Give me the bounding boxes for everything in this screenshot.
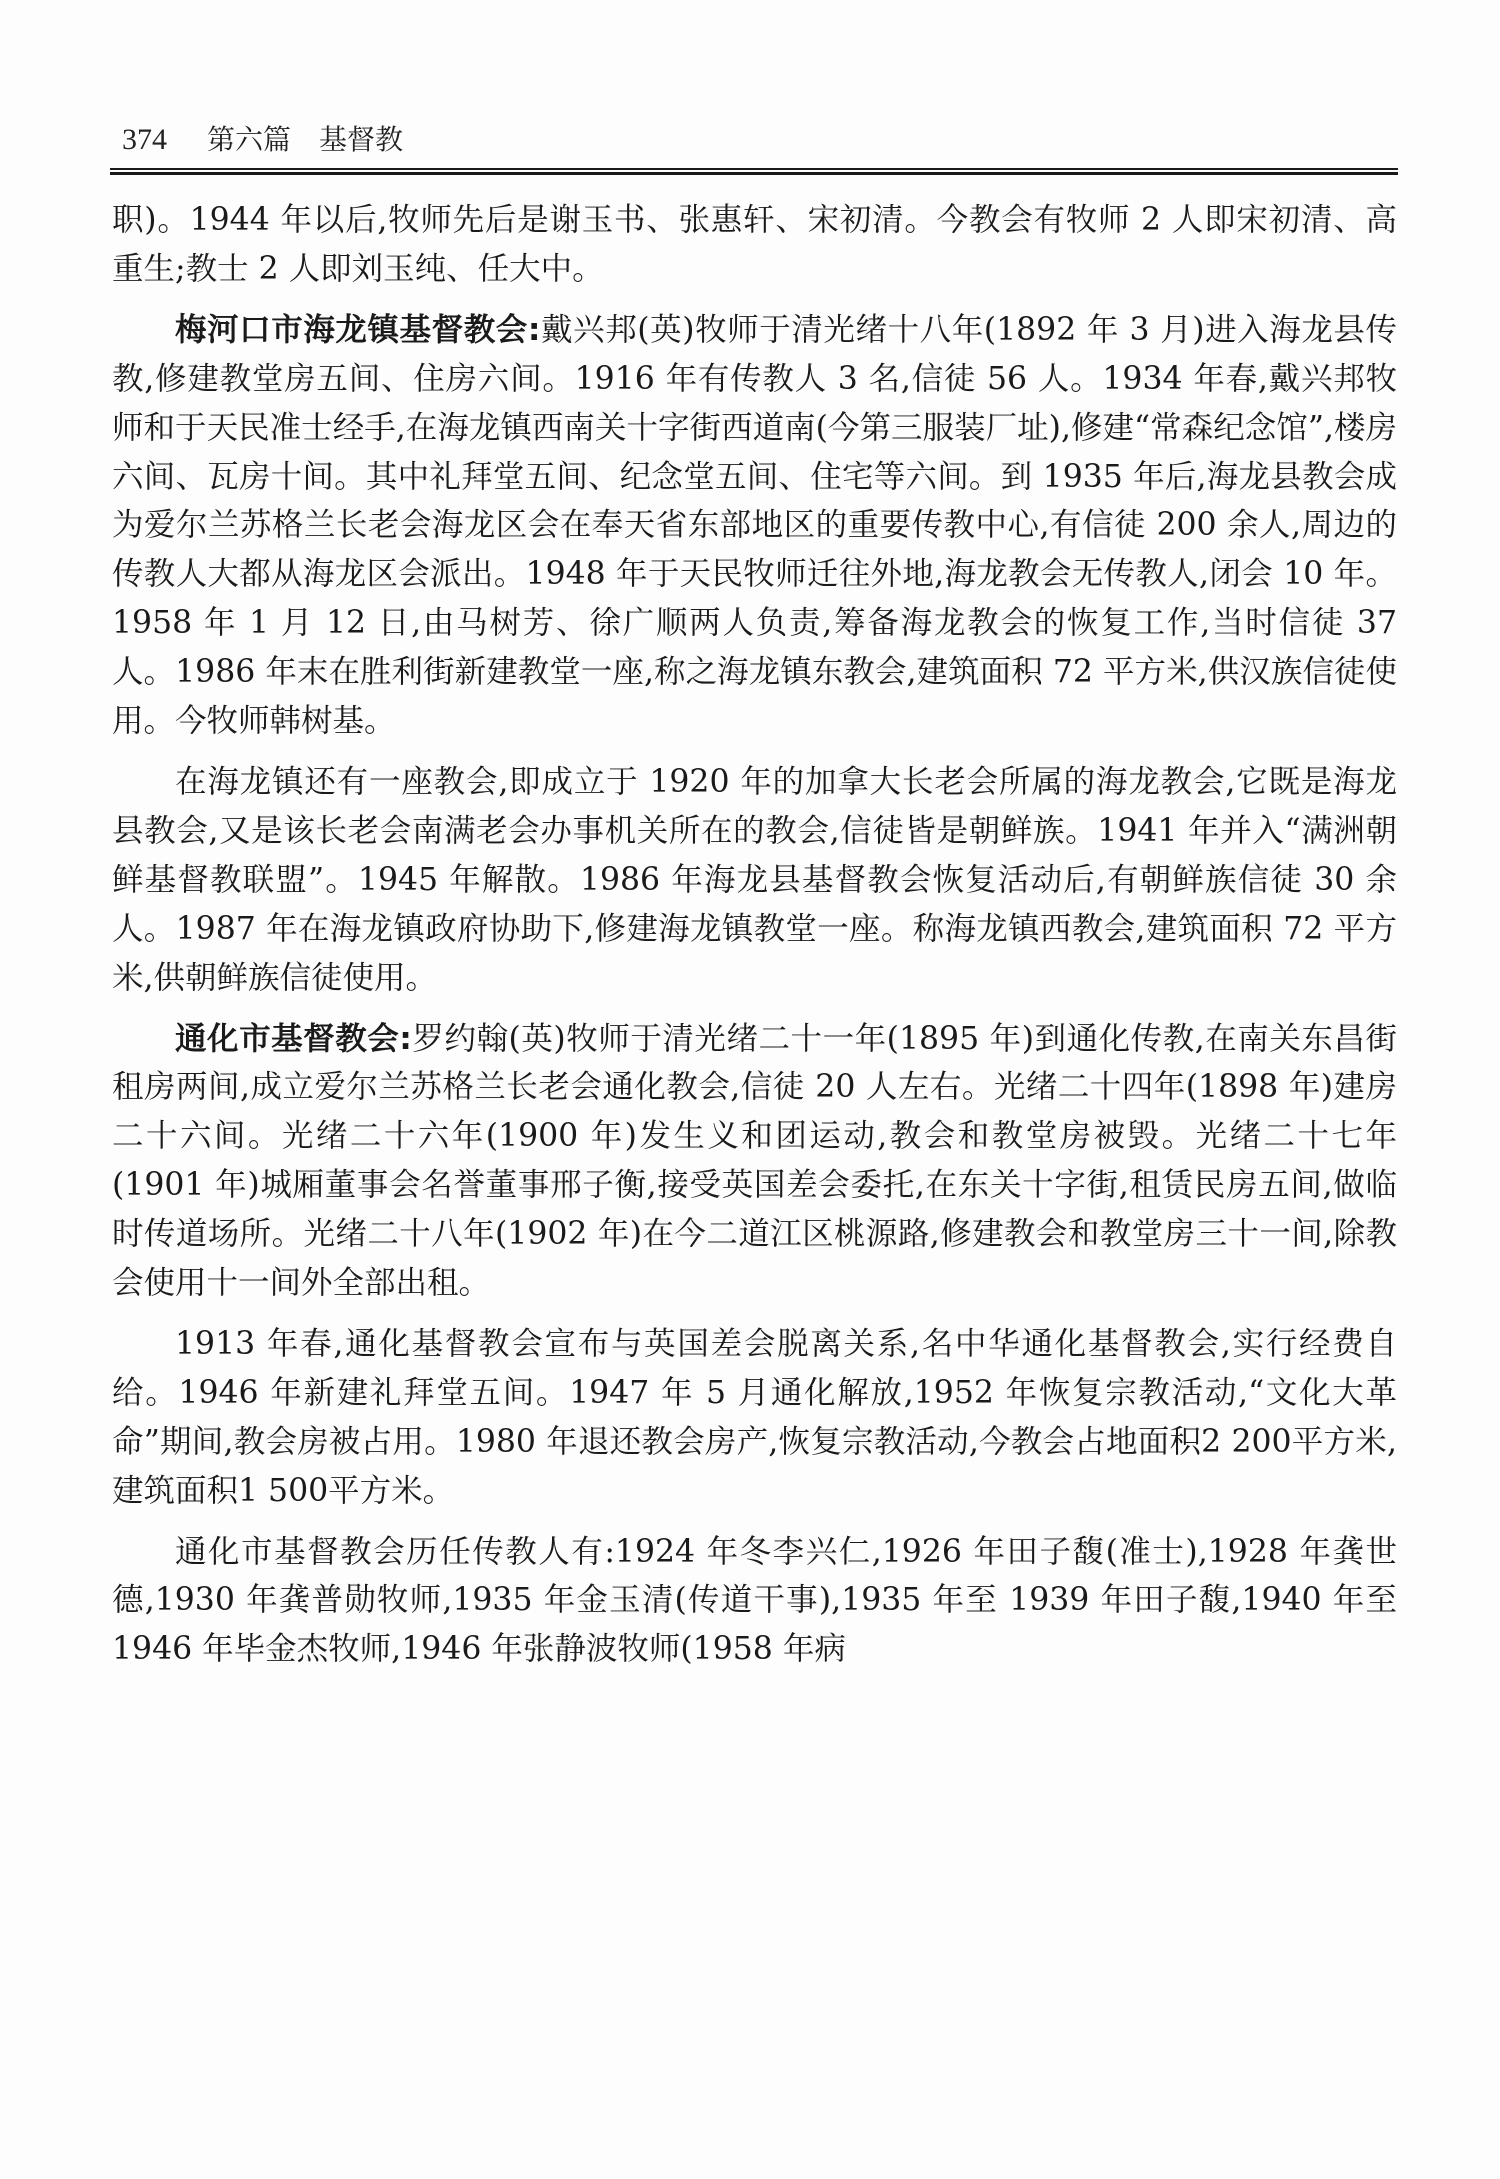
body-text: 职)。1944 年以后,牧师先后是谢玉书、张惠轩、宋初清。今教会有牧师 2 人即… [112,196,1397,1686]
paragraph-text: 职)。1944 年以后,牧师先后是谢玉书、张惠轩、宋初清。今教会有牧师 2 人即… [112,202,1397,287]
paragraph: 通化市基督教会:罗约翰(英)牧师于清光绪二十一年(1895 年)到通化传教,在南… [112,1015,1397,1308]
paragraph: 1913 年春,通化基督教会宣布与英国差会脱离关系,名中华通化基督教会,实行经费… [112,1320,1397,1516]
paragraph-text: 在海龙镇还有一座教会,即成立于 1920 年的加拿大长老会所属的海龙教会,它既是… [112,764,1397,996]
paragraph-lead-heading: 梅河口市海龙镇基督教会: [175,312,540,348]
part-title: 第六篇 [207,118,291,158]
paragraph-text: 通化市基督教会历任传教人有:1924 年冬李兴仁,1926 年田子馥(准士),1… [112,1534,1397,1668]
paragraph: 通化市基督教会历任传教人有:1924 年冬李兴仁,1926 年田子馥(准士),1… [112,1528,1397,1675]
section-title: 基督教 [319,118,403,158]
running-header: 374 第六篇 基督教 [122,118,403,162]
header-rule-thick [110,172,1398,175]
paragraph-text: 戴兴邦(英)牧师于清光绪十八年(1892 年 3 月)进入海龙县传教,修建教堂房… [112,312,1397,739]
paragraph: 职)。1944 年以后,牧师先后是谢玉书、张惠轩、宋初清。今教会有牧师 2 人即… [112,196,1397,294]
paragraph: 梅河口市海龙镇基督教会:戴兴邦(英)牧师于清光绪十八年(1892 年 3 月)进… [112,306,1397,746]
paragraph-text: 罗约翰(英)牧师于清光绪二十一年(1895 年)到通化传教,在南关东昌街租房两间… [112,1021,1397,1302]
paragraph: 在海龙镇还有一座教会,即成立于 1920 年的加拿大长老会所属的海龙教会,它既是… [112,758,1397,1003]
page-number: 374 [122,123,167,157]
header-rule-thin [110,168,1398,170]
paragraph-lead-heading: 通化市基督教会: [175,1021,412,1057]
paragraph-text: 1913 年春,通化基督教会宣布与英国差会脱离关系,名中华通化基督教会,实行经费… [112,1326,1397,1509]
